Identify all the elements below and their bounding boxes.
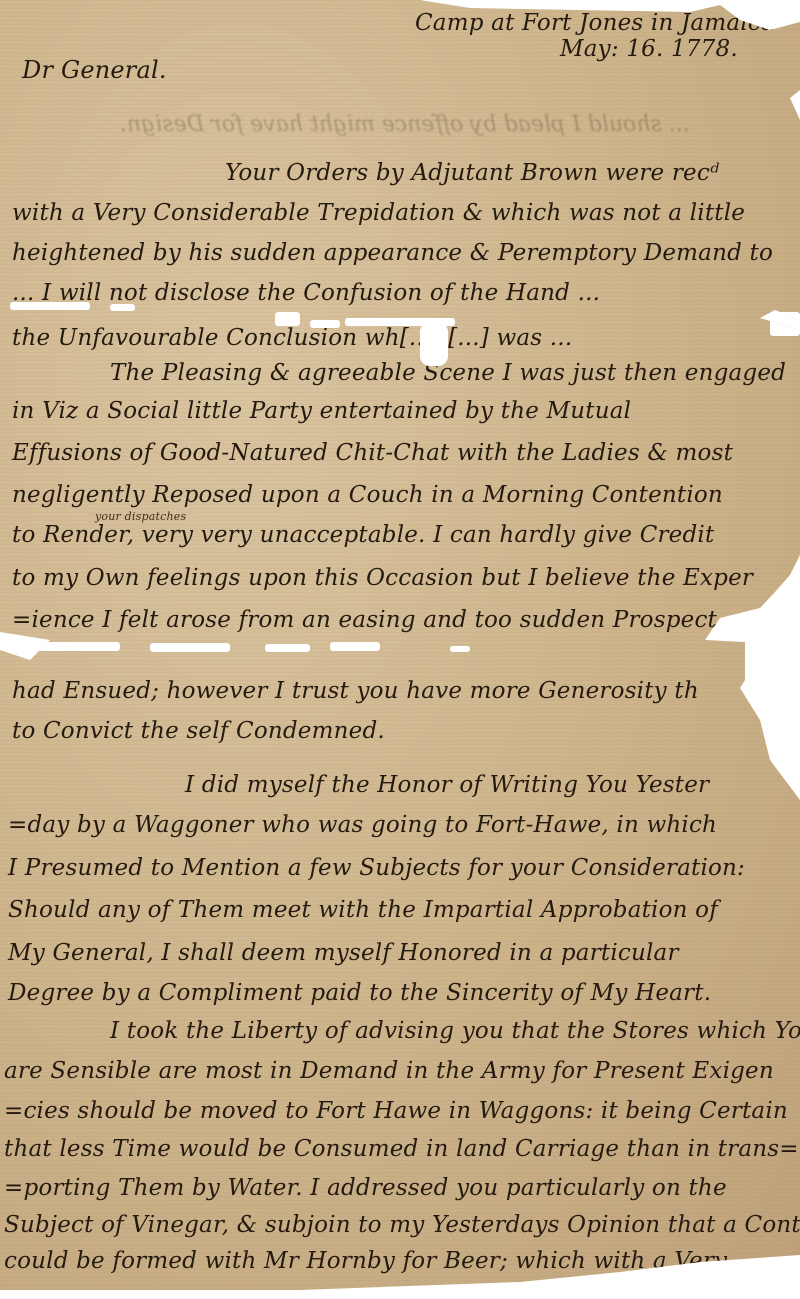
letter-line: are Sensible are most in Demand in the A… xyxy=(4,1058,774,1084)
paper-tear xyxy=(770,312,800,336)
bleed-through-text: ... should I plead by offence might have… xyxy=(120,112,690,137)
letter-line: to Render, very very unacceptable. I can… xyxy=(12,522,714,548)
letter-line: My General, I shall deem myself Honored … xyxy=(8,940,679,966)
letter-line: the Unfavourable Conclusion wh[...] [...… xyxy=(12,325,572,351)
letter-line: had Ensued; however I trust you have mor… xyxy=(12,678,699,704)
letter-line: with a Very Considerable Trepidation & w… xyxy=(12,200,745,226)
letter-line: The Pleasing & agreeable Scene I was jus… xyxy=(110,360,786,386)
paper-tear xyxy=(420,322,448,366)
letter-line: Your Orders by Adjutant Brown were recᵈ xyxy=(225,160,719,186)
dateline-date: May: 16. 1778. xyxy=(560,36,738,62)
letter-line: that less Time would be Consumed in land… xyxy=(4,1136,799,1162)
dateline-place: Camp at Fort Jones in Jamaica xyxy=(415,10,775,36)
letter-line: Should any of Them meet with the Imparti… xyxy=(8,897,718,923)
letter-line: =cies should be moved to Fort Hawe in Wa… xyxy=(4,1098,788,1124)
letter-line: to Convict the self Condemned. xyxy=(12,718,385,744)
paper-tear xyxy=(10,302,90,310)
paper-tear xyxy=(275,312,300,326)
letter-line: in Viz a Social little Party entertained… xyxy=(12,398,631,424)
letter-line: =porting Them by Water. I addressed you … xyxy=(4,1175,727,1201)
paper-tear xyxy=(310,320,340,328)
letter-line: to my Own feelings upon this Occasion bu… xyxy=(12,565,753,591)
salutation: Dr General. xyxy=(22,56,167,84)
letter-line: =ience I felt arose from an easing and t… xyxy=(12,607,717,633)
letter-line: ... I will not disclose the Confusion of… xyxy=(12,280,600,306)
paper-tear xyxy=(330,642,380,651)
paper-tear xyxy=(150,643,230,652)
paper-tear xyxy=(265,644,310,652)
letter-line: Effusions of Good-Natured Chit-Chat with… xyxy=(12,440,733,466)
letter-line: negligently Reposed upon a Couch in a Mo… xyxy=(12,482,723,508)
letter-line: I Presumed to Mention a few Subjects for… xyxy=(8,855,745,881)
letter-line: heightened by his sudden appearance & Pe… xyxy=(12,240,773,266)
letter-line: I took the Liberty of advising you that … xyxy=(110,1018,800,1044)
letter-page: ... should I plead by offence might have… xyxy=(0,0,800,1299)
letter-line: =day by a Waggoner who was going to Fort… xyxy=(8,812,717,838)
letter-line: could be formed with Mr Hornby for Beer;… xyxy=(4,1248,727,1274)
paper-tear xyxy=(110,304,135,311)
paper-tear xyxy=(450,646,470,652)
paper-tear xyxy=(30,642,120,651)
letter-line: Degree by a Compliment paid to the Since… xyxy=(8,980,711,1006)
letter-line: I did myself the Honor of Writing You Ye… xyxy=(185,772,709,798)
letter-line: Subject of Vinegar, & subjoin to my Yest… xyxy=(4,1212,800,1238)
